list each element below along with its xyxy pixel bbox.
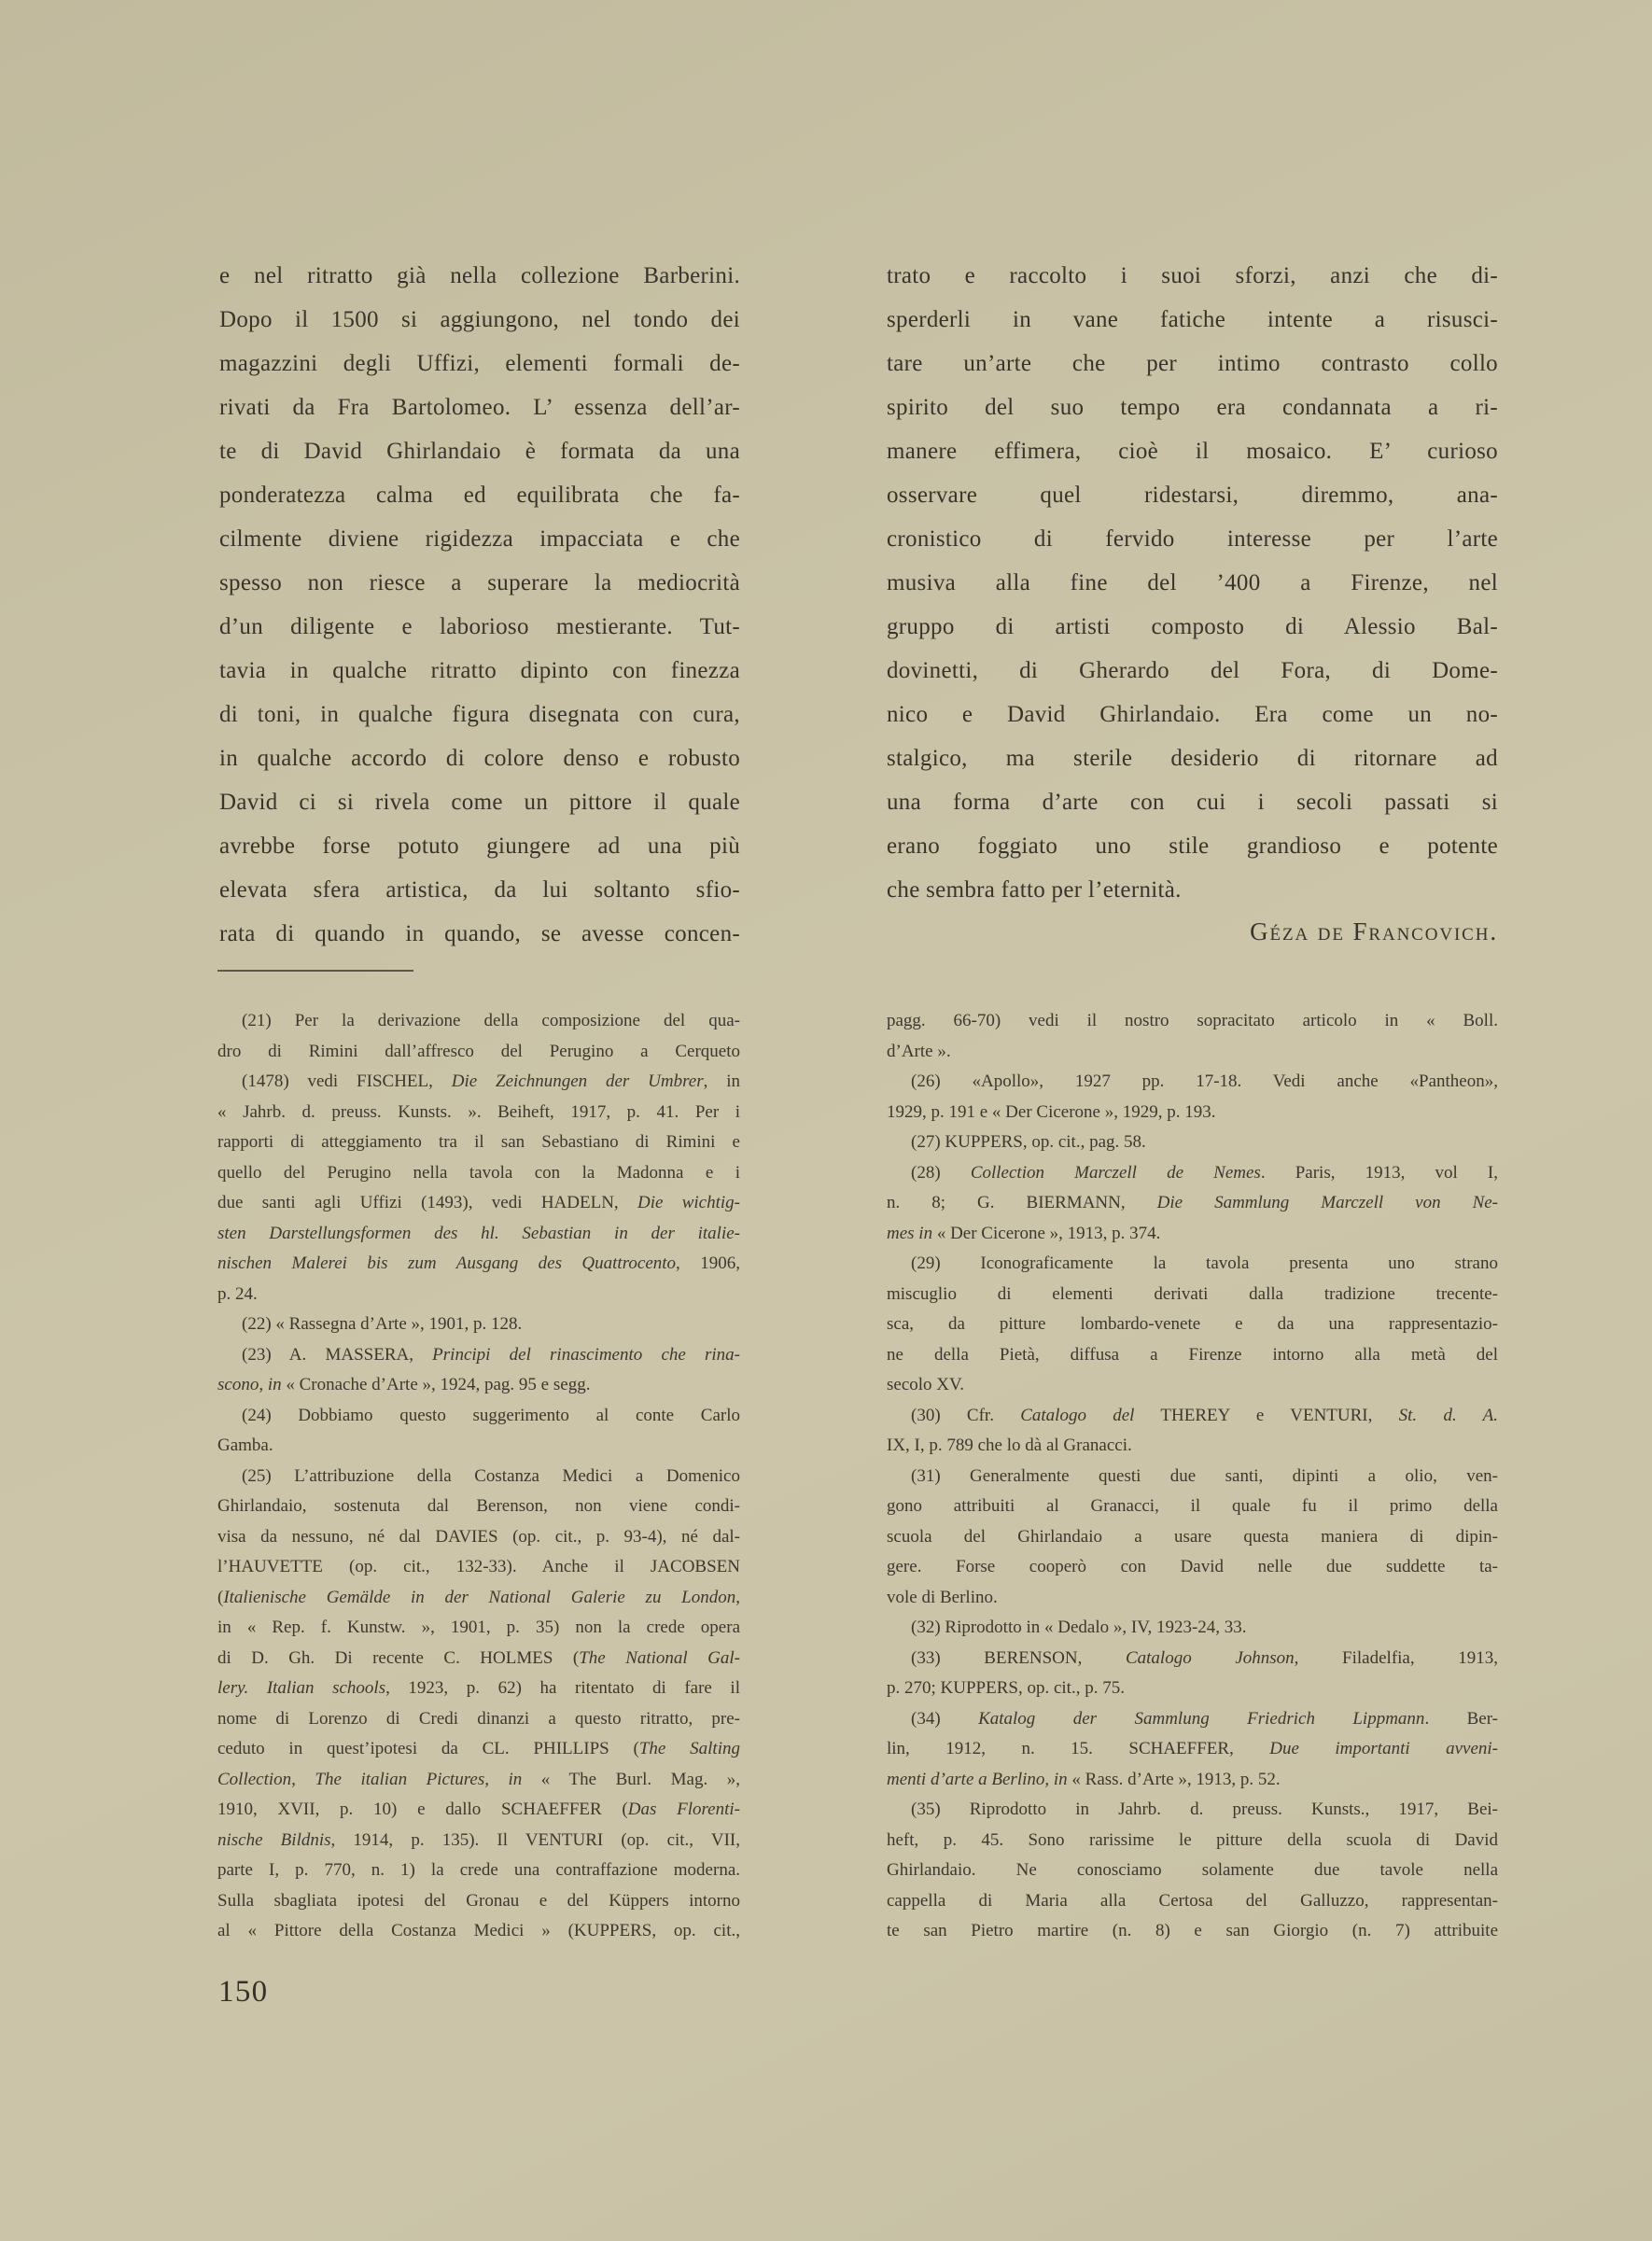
text-line: dro di Rimini dall’affresco del Perugino… xyxy=(217,1037,740,1068)
text-line: (29) Iconograficamente la tavola present… xyxy=(887,1249,1498,1280)
text-line: (1478) vedi FISCHEL, Die Zeichnungen der… xyxy=(217,1067,740,1098)
text-line: manere effimera, cioè il mosaico. E’ cur… xyxy=(887,429,1498,473)
text-line: (25) L’attribuzione della Costanza Medic… xyxy=(217,1462,740,1492)
text-line: e nel ritratto già nella collezione Barb… xyxy=(219,254,740,298)
text-line: sca, da pitture lombardo-venete e da una… xyxy=(887,1310,1498,1340)
text-line: avrebbe forse potuto giungere ad una più xyxy=(219,824,740,868)
text-line: Collection, The italian Pictures, in « T… xyxy=(217,1765,740,1796)
footnotes-right-column: pagg. 66-70) vedi il nostro sopracitato … xyxy=(887,1006,1498,1947)
text-line: sperderli in vane fatiche intente a risu… xyxy=(887,298,1498,342)
text-line: Ghirlandaio, sostenuta dal Berenson, non… xyxy=(217,1492,740,1522)
text-line: Sulla sbagliata ipotesi del Gronau e del… xyxy=(217,1886,740,1917)
text-line: d’un diligente e laborioso mestierante. … xyxy=(219,605,740,649)
text-line: Ghirlandaio. Ne conosciamo solamente due… xyxy=(887,1856,1498,1886)
text-line: 1910, XVII, p. 10) e dallo SCHAEFFER (Da… xyxy=(217,1795,740,1826)
main-text-left-column: e nel ritratto già nella collezione Barb… xyxy=(219,254,740,956)
text-line: mes in « Der Cicerone », 1913, p. 374. xyxy=(887,1219,1498,1250)
text-line: (26) «Apollo», 1927 pp. 17-18. Vedi anch… xyxy=(887,1067,1498,1098)
text-line: nische Bildnis, 1914, p. 135). Il VENTUR… xyxy=(217,1826,740,1856)
text-line: ne della Pietà, diffusa a Firenze intorn… xyxy=(887,1340,1498,1371)
text-line: l’HAUVETTE (op. cit., 132-33). Anche il … xyxy=(217,1552,740,1583)
text-line: d’Arte ». xyxy=(887,1037,1498,1068)
text-line: quello del Perugino nella tavola con la … xyxy=(217,1158,740,1189)
text-line: tare un’arte che per intimo contrasto co… xyxy=(887,342,1498,385)
text-line: osservare quel ridestarsi, diremmo, ana- xyxy=(887,473,1498,517)
text-line: pagg. 66-70) vedi il nostro sopracitato … xyxy=(887,1006,1498,1037)
text-line: elevata sfera artistica, da lui soltanto… xyxy=(219,868,740,912)
text-line: ponderatezza calma ed equilibrata che fa… xyxy=(219,473,740,517)
text-line: miscuglio di elementi derivati dalla tra… xyxy=(887,1280,1498,1310)
text-line: (24) Dobbiamo questo suggerimento al con… xyxy=(217,1401,740,1432)
text-line: te san Pietro martire (n. 8) e san Giorg… xyxy=(887,1916,1498,1947)
footnotes-left-column: (21) Per la derivazione della composizio… xyxy=(217,1006,740,1947)
text-line: rivati da Fra Bartolomeo. L’ essenza del… xyxy=(219,385,740,429)
text-line: di D. Gh. Di recente C. HOLMES (The Nati… xyxy=(217,1644,740,1674)
text-line: « Jahrb. d. preuss. Kunsts. ». Beiheft, … xyxy=(217,1098,740,1128)
text-line: nischen Malerei bis zum Ausgang des Quat… xyxy=(217,1249,740,1280)
text-line: (23) A. MASSERA, Principi del rinascimen… xyxy=(217,1340,740,1371)
text-line: rapporti di atteggiamento tra il san Seb… xyxy=(217,1128,740,1158)
text-line: Dopo il 1500 si aggiungono, nel tondo de… xyxy=(219,298,740,342)
text-line: visa da nessuno, né dal DAVIES (op. cit.… xyxy=(217,1522,740,1553)
text-line: (28) Collection Marczell de Nemes. Paris… xyxy=(887,1158,1498,1189)
text-line: ceduto in quest’ipotesi da CL. PHILLIPS … xyxy=(217,1734,740,1765)
text-line: (31) Generalmente questi due santi, dipi… xyxy=(887,1462,1498,1492)
text-line: sten Darstellungsformen des hl. Sebastia… xyxy=(217,1219,740,1250)
text-line: di toni, in qualche figura disegnata con… xyxy=(219,693,740,736)
text-line: tavia in qualche ritratto dipinto con fi… xyxy=(219,649,740,693)
text-line: gere. Forse cooperò con David nelle due … xyxy=(887,1552,1498,1583)
text-line: erano foggiato uno stile grandioso e pot… xyxy=(887,824,1498,868)
text-line: parte I, p. 770, n. 1) la crede una cont… xyxy=(217,1856,740,1886)
text-line: secolo XV. xyxy=(887,1370,1498,1401)
text-line: spirito del suo tempo era condannata a r… xyxy=(887,385,1498,429)
text-line: che sembra fatto per l’eternità. xyxy=(887,868,1498,912)
text-line: vole di Berlino. xyxy=(887,1583,1498,1614)
text-line: stalgico, ma sterile desiderio di ritorn… xyxy=(887,736,1498,780)
text-line: trato e raccolto i suoi sforzi, anzi che… xyxy=(887,254,1498,298)
text-line: una forma d’arte con cui i secoli passat… xyxy=(887,780,1498,824)
text-line: spesso non riesce a superare la mediocri… xyxy=(219,561,740,605)
text-line: in « Rep. f. Kunstw. », 1901, p. 35) non… xyxy=(217,1613,740,1644)
text-line: scuola del Ghirlandaio a usare questa ma… xyxy=(887,1522,1498,1553)
text-line: gruppo di artisti composto di Alessio Ba… xyxy=(887,605,1498,649)
text-line: musiva alla fine del ’400 a Firenze, nel xyxy=(887,561,1498,605)
text-line: dovinetti, di Gherardo del Fora, di Dome… xyxy=(887,649,1498,693)
text-line: menti d’arte a Berlino, in « Rass. d’Art… xyxy=(887,1765,1498,1796)
text-line: cilmente diviene rigidezza impacciata e … xyxy=(219,517,740,561)
text-line: lin, 1912, n. 15. SCHAEFFER, Due importa… xyxy=(887,1734,1498,1765)
text-line: David ci si rivela come un pittore il qu… xyxy=(219,780,740,824)
text-line: (27) KUPPERS, op. cit., pag. 58. xyxy=(887,1128,1498,1158)
text-line: te di David Ghirlandaio è formata da una xyxy=(219,429,740,473)
text-line: cronistico di fervido interesse per l’ar… xyxy=(887,517,1498,561)
text-line: scono, in « Cronache d’Arte », 1924, pag… xyxy=(217,1370,740,1401)
text-line: due santi agli Uffizi (1493), vedi HADEL… xyxy=(217,1188,740,1219)
text-line: nome di Lorenzo di Credi dinanzi a quest… xyxy=(217,1704,740,1735)
text-line: (32) Riprodotto in « Dedalo », IV, 1923-… xyxy=(887,1613,1498,1644)
text-line: rata di quando in quando, se avesse conc… xyxy=(219,912,740,956)
text-line: (30) Cfr. Catalogo del THEREY e VENTURI,… xyxy=(887,1401,1498,1432)
scanned-book-page: { "page": { "number": "150", "paper_colo… xyxy=(0,0,1652,2241)
text-line: nico e David Ghirlandaio. Era come un no… xyxy=(887,693,1498,736)
text-line: gono attribuiti al Granacci, il quale fu… xyxy=(887,1492,1498,1522)
text-line: (Italienische Gemälde in der National Ga… xyxy=(217,1583,740,1614)
text-line: IX, I, p. 789 che lo dà al Granacci. xyxy=(887,1431,1498,1462)
text-line: p. 270; KUPPERS, op. cit., p. 75. xyxy=(887,1674,1498,1704)
text-line: n. 8; G. BIERMANN, Die Sammlung Marczell… xyxy=(887,1188,1498,1219)
footnote-separator-rule xyxy=(217,970,413,972)
text-line: al « Pittore della Costanza Medici » (KU… xyxy=(217,1916,740,1947)
text-line: in qualche accordo di colore denso e rob… xyxy=(219,736,740,780)
text-line: (22) « Rassegna d’Arte », 1901, p. 128. xyxy=(217,1310,740,1340)
page-number: 150 xyxy=(218,1975,268,2010)
text-line: 1929, p. 191 e « Der Cicerone », 1929, p… xyxy=(887,1098,1498,1128)
text-line: (21) Per la derivazione della composizio… xyxy=(217,1006,740,1037)
text-line: (33) BERENSON, Catalogo Johnson, Filadel… xyxy=(887,1644,1498,1674)
text-line: (34) Katalog der Sammlung Friedrich Lipp… xyxy=(887,1704,1498,1735)
text-line: magazzini degli Uffizi, elementi formali… xyxy=(219,342,740,385)
text-line: heft, p. 45. Sono rarissime le pitture d… xyxy=(887,1826,1498,1856)
text-line: cappella di Maria alla Certosa del Gallu… xyxy=(887,1886,1498,1917)
text-line: p. 24. xyxy=(217,1280,740,1310)
text-line: Gamba. xyxy=(217,1431,740,1462)
text-line: lery. Italian schools, 1923, p. 62) ha r… xyxy=(217,1674,740,1704)
main-text-right-column: trato e raccolto i suoi sforzi, anzi che… xyxy=(887,254,1498,912)
text-line: (35) Riprodotto in Jahrb. d. preuss. Kun… xyxy=(887,1795,1498,1826)
author-signature: Géza de Francovich. xyxy=(887,917,1524,946)
